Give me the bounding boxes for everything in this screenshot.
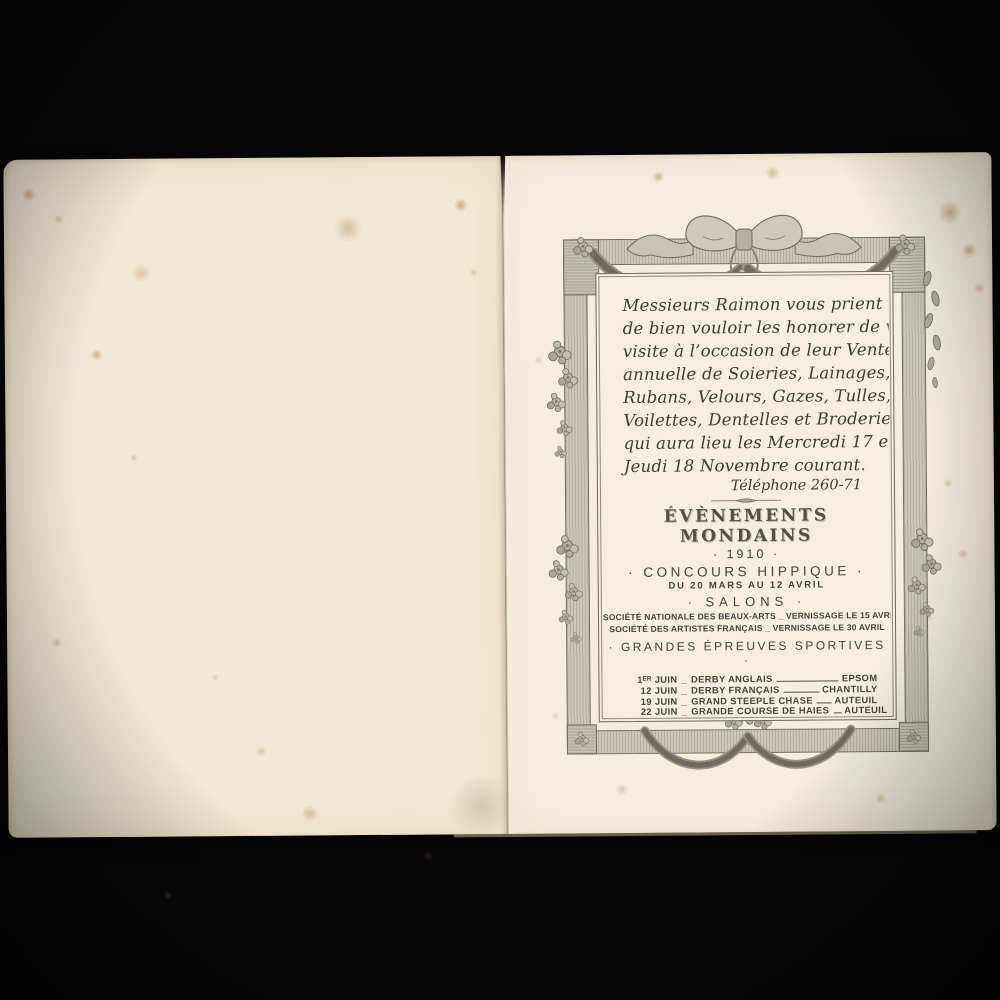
- event-name: GRANDE COURSE DE HAIES: [691, 706, 829, 717]
- invitation-line: de bien vouloir les honorer de votre: [623, 315, 881, 340]
- frame-rail-top: [563, 237, 925, 266]
- event-date: 19 JUIN: [620, 696, 678, 706]
- invitation-card: Messieurs Raimon vous prient de bien vou…: [3, 152, 996, 838]
- engraved-frame: Messieurs Raimon vous prient de bien vou…: [563, 237, 929, 755]
- card-left-page: [3, 156, 507, 838]
- invitation-line: Messieurs Raimon vous prient: [622, 292, 880, 317]
- invitation-line: visite à l’occasion de leur Vente: [623, 338, 881, 363]
- card-right-page: Messieurs Raimon vous prient de bien vou…: [502, 152, 996, 834]
- leader-line: [777, 680, 839, 681]
- sports-title: · GRANDES ÉPREUVES SPORTIVES ·: [603, 638, 891, 668]
- frame-rail-bottom: [567, 728, 929, 755]
- frame-rail-right: [901, 237, 929, 752]
- ornament-divider: [711, 497, 781, 505]
- telephone-number: Téléphone 260-71: [602, 477, 862, 495]
- invitation-text: Messieurs Raimon vous prient de bien vou…: [622, 292, 881, 478]
- concours-hippique-title: · CONCOURS HIPPIQUE ·: [603, 563, 891, 580]
- event-date: 1ᴱᴿ JUIN: [619, 675, 677, 685]
- frame-corner-top-right: [889, 237, 925, 293]
- invitation-line: Rubans, Velours, Gazes, Tulles,: [623, 384, 881, 409]
- salon-line: SOCIÉTÉ NATIONALE DES BEAUX-ARTS _ VERNI…: [603, 610, 891, 622]
- event-venue: AUTEUIL: [835, 716, 878, 717]
- frame-corner-top-left: [563, 239, 599, 295]
- invitation-line: annuelle de Soieries, Lainages,: [623, 361, 881, 386]
- events-title: ÉVÈNEMENTS MONDAINS: [602, 505, 890, 547]
- event-date: 12 JUIN: [620, 685, 678, 695]
- event-venue: CHANTILLY: [822, 684, 878, 694]
- sports-events-list: 1ᴱᴿ JUIN_DERBY ANGLAISEPSOM 12 JUIN_DERB…: [619, 673, 878, 717]
- event-date: 22 JUIN: [620, 707, 678, 717]
- frame-rail-left: [563, 239, 591, 754]
- event-name: DERBY ANGLAIS: [691, 674, 773, 685]
- event-venue: AUTEUIL: [834, 695, 877, 705]
- fold-smudge: [446, 776, 516, 837]
- leader-line: [833, 713, 841, 714]
- event-row: 22 JUIN_GRANDE COURSE DE HAIESAUTEUIL: [620, 705, 878, 717]
- leader-line: [784, 691, 819, 692]
- event-name: GRAND STEEPLE CHASE: [691, 695, 813, 706]
- frame-corner-bottom-right: [899, 722, 929, 752]
- invitation-line: Voilettes, Dentelles et Broderies,: [623, 407, 881, 432]
- invitation-line: qui aura lieu les Mercredi 17 et: [624, 430, 882, 455]
- concours-hippique-dates: DU 20 MARS AU 12 AVRIL: [603, 579, 891, 592]
- frame-inner-panel: Messieurs Raimon vous prient de bien vou…: [595, 271, 897, 722]
- frame-corner-bottom-left: [567, 724, 597, 754]
- salon-line: SOCIÉTÉ DES ARTISTES FRANÇAIS _ VERNISSA…: [603, 622, 891, 634]
- invitation-line: Jeudi 18 Novembre courant.: [624, 453, 882, 478]
- event-name: DERBY FRANÇAIS: [691, 685, 780, 696]
- events-year: · 1910 ·: [602, 546, 890, 562]
- event-venue: EPSOM: [842, 673, 878, 683]
- leader-line: [817, 702, 832, 703]
- salons-title: · SALONS ·: [603, 593, 891, 610]
- photo-background: Messieurs Raimon vous prient de bien vou…: [0, 0, 1000, 1000]
- event-venue: AUTEUIL: [844, 705, 887, 715]
